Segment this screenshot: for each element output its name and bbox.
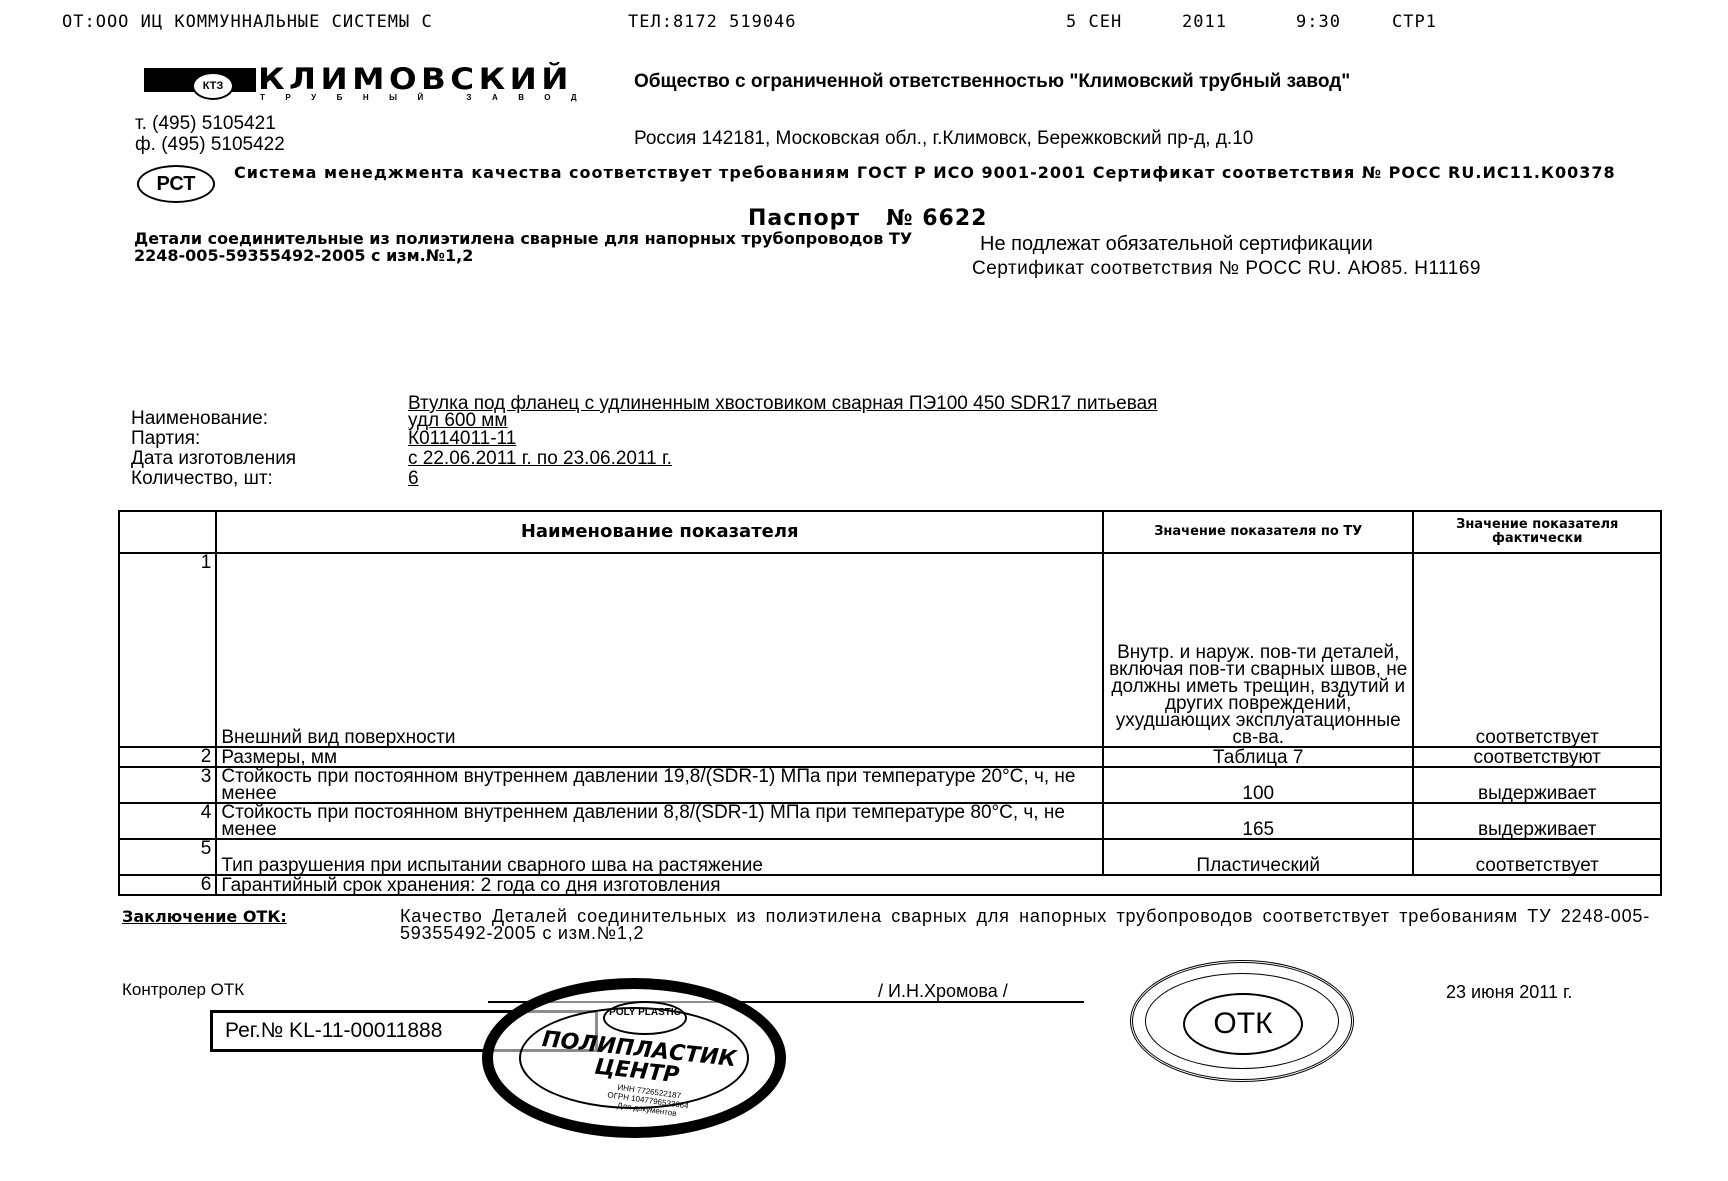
fax-page: СТР1	[1392, 12, 1437, 32]
signature-date: 23 июня 2011 г.	[1446, 982, 1572, 1003]
row-tu: Пластический	[1103, 839, 1413, 875]
table-row: 6 Гарантийный срок хранения: 2 года со д…	[119, 875, 1661, 895]
quality-system-statement: Система менеджмента качества соответству…	[234, 164, 1660, 181]
company-fax: ф. (495) 5105422	[135, 134, 285, 156]
fax-time: 9:30	[1296, 12, 1341, 32]
polyplastic-logo-icon: POLY PLASTIC	[603, 1001, 687, 1035]
logo-subtitle: ТРУБНЫЙ ЗАВОД	[260, 93, 597, 102]
row-num: 4	[119, 803, 216, 839]
row-num: 3	[119, 767, 216, 803]
company-address: Россия 142181, Московская обл., г.Климов…	[634, 128, 1253, 150]
product-group: Детали соединительные из полиэтилена сва…	[134, 230, 924, 264]
polyplastic-stamp: POLY PLASTIC ПОЛИПЛАСТИК ЦЕНТР ИНН 77265…	[482, 978, 786, 1138]
row-name: Гарантийный срок хранения: 2 года со дня…	[216, 875, 1661, 895]
field-value-date: с 22.06.2011 г. по 23.06.2011 г.	[408, 448, 672, 470]
row-num: 5	[119, 839, 216, 875]
header-tu: Значение показателя по ТУ	[1103, 511, 1413, 553]
field-label-quantity: Количество, шт:	[131, 468, 273, 490]
row-name: Тип разрушения при испытании сварного шв…	[216, 839, 1103, 875]
row-tu: 165	[1103, 803, 1413, 839]
conclusion-label: Заключение ОТК:	[122, 907, 287, 926]
table-row: 2 Размеры, мм Таблица 7 соответствуют	[119, 747, 1661, 767]
table-header-row: Наименование показателя Значение показат…	[119, 511, 1661, 553]
row-name: Стойкость при постоянном внутреннем давл…	[216, 803, 1103, 839]
row-num: 6	[119, 875, 216, 895]
row-num: 2	[119, 747, 216, 767]
table-row: 4 Стойкость при постоянном внутреннем да…	[119, 803, 1661, 839]
field-value-batch: К0114011-11	[408, 428, 516, 450]
field-label-date: Дата изготовления	[131, 448, 296, 470]
conclusion-text: Качество Деталей соединительных из полиэ…	[400, 908, 1650, 942]
row-name: Размеры, мм	[216, 747, 1103, 767]
field-value-quantity: 6	[408, 468, 419, 490]
fax-year: 2011	[1182, 12, 1227, 32]
row-tu: Таблица 7	[1103, 747, 1413, 767]
row-tu: Внутр. и наруж. пов-ти деталей, включая …	[1103, 553, 1413, 747]
row-tu: 100	[1103, 767, 1413, 803]
header-num	[119, 511, 216, 553]
fax-date: 5 СЕН	[1066, 12, 1122, 32]
fax-sender: ОТ:ООО ИЦ КОММУННАЛЬНЫЕ СИСТЕМЫ С	[62, 12, 433, 32]
company-name: Общество с ограниченной ответственностью…	[634, 72, 1660, 92]
logo-badge-icon: КТЗ	[192, 72, 234, 100]
passport-title: Паспорт № 6622	[748, 206, 987, 231]
signer-name: / И.Н.Хромова /	[878, 981, 1008, 1002]
field-label-batch: Партия:	[131, 428, 200, 450]
row-num: 1	[119, 553, 216, 747]
otk-stamp-center: ОТК	[1183, 993, 1303, 1055]
company-phone: т. (495) 5105421	[135, 113, 276, 135]
header-name: Наименование показателя	[216, 511, 1103, 553]
rst-certification-icon: РСТ	[137, 165, 215, 203]
no-mandatory-certification: Не подлежат обязательной сертификации	[980, 233, 1373, 256]
table-row: 5 Тип разрушения при испытании сварного …	[119, 839, 1661, 875]
row-name: Стойкость при постоянном внутреннем давл…	[216, 767, 1103, 803]
specification-table: Наименование показателя Значение показат…	[118, 510, 1662, 896]
certificate-number: Сертификат соответствия № РОСС RU. АЮ85.…	[972, 260, 1672, 277]
row-name: Внешний вид поверхности	[216, 553, 1103, 747]
row-fact: выдерживает	[1413, 803, 1661, 839]
field-label-name: Наименование:	[131, 408, 268, 430]
header-fact: Значение показателя фактически	[1413, 511, 1661, 553]
row-fact: соответствует	[1413, 839, 1661, 875]
table-row: 1 Внешний вид поверхности Внутр. и наруж…	[119, 553, 1661, 747]
row-fact: соответствует	[1413, 553, 1661, 747]
fax-phone: ТЕЛ:8172 519046	[628, 12, 797, 32]
row-fact: выдерживает	[1413, 767, 1661, 803]
controller-label: Контролер ОТК	[122, 980, 244, 1000]
logo-title: КЛИМОВСКИЙ	[258, 62, 573, 96]
field-value-name-line1: Втулка под фланец с удлиненным хвостовик…	[408, 393, 1157, 415]
row-fact: соответствуют	[1413, 747, 1661, 767]
otk-stamp: ОТК	[1130, 960, 1354, 1082]
company-logo: КТЗ КЛИМОВСКИЙ ТРУБНЫЙ ЗАВОД	[144, 66, 592, 102]
table-row: 3 Стойкость при постоянном внутреннем да…	[119, 767, 1661, 803]
